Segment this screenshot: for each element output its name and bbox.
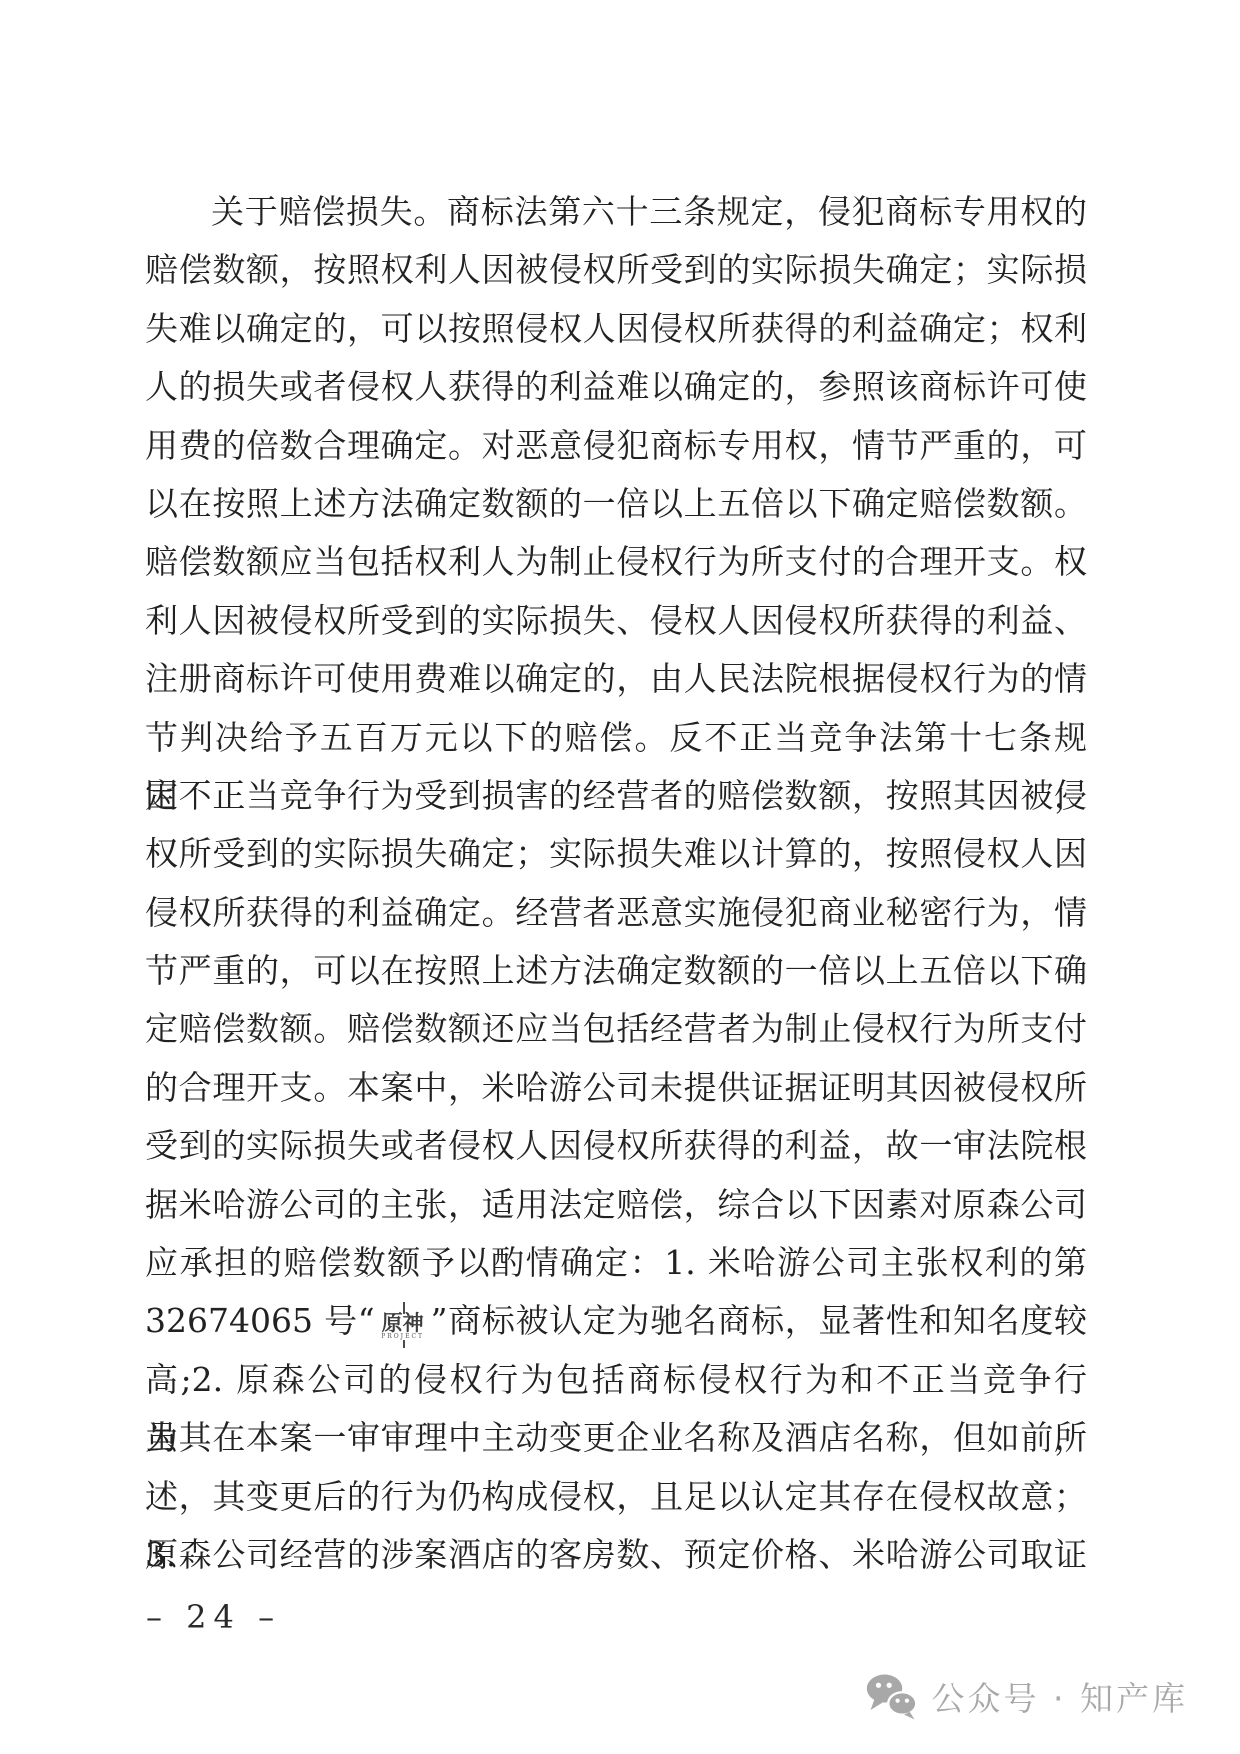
text-line: 定赔偿数额。赔偿数额还应当包括经营者为制止侵权行为所支付 — [145, 1000, 1087, 1058]
text-line: 侵权所获得的利益确定。经营者恶意实施侵犯商业秘密行为，情 — [145, 884, 1087, 942]
text-line: 受到的实际损失或者侵权人因侵权所获得的利益，故一审法院根 — [145, 1117, 1087, 1175]
text-line: 据米哈游公司的主张，适用法定赔偿，综合以下因素对原森公司 — [145, 1176, 1087, 1234]
wechat-icon — [864, 1672, 920, 1720]
text-line: 赔偿数额应当包括权利人为制止侵权行为所支付的合理开支。权 — [145, 533, 1087, 591]
text-line: 用费的倍数合理确定。对恶意侵犯商标专用权，情节严重的，可 — [145, 417, 1087, 475]
document-page: 关于赔偿损失。商标法第六十三条规定，侵犯商标专用权的 赔偿数额，按照权利人因被侵… — [0, 0, 1240, 1754]
sword-stroke-icon — [403, 1302, 405, 1314]
genshin-trademark-logo: 原神PROJECT — [375, 1312, 431, 1340]
trademark-logo-main-text: 原神 — [375, 1312, 431, 1333]
text-line: 述，其变更后的行为仍构成侵权，且足以认定其存在侵权故意；3. — [145, 1468, 1087, 1526]
text-line: 因不正当竞争行为受到损害的经营者的赔偿数额，按照其因被侵 — [145, 767, 1087, 825]
text-line: 节判决给予五百万元以下的赔偿。反不正当竞争法第十七条规定， — [145, 709, 1087, 767]
watermark: 公众号 · 知产库 — [864, 1672, 1188, 1720]
text-line: 权所受到的实际损失确定；实际损失难以计算的，按照侵权人因 — [145, 825, 1087, 883]
text-line: 注册商标许可使用费难以确定的，由人民法院根据侵权行为的情 — [145, 650, 1087, 708]
text-line: 高;2. 原森公司的侵权行为包括商标侵权行为和不正当竞争行为， — [145, 1351, 1087, 1409]
text-line-with-trademark: 32674065 号“原神PROJECT”商标被认定为驰名商标，显著性和知名度较 — [145, 1292, 1087, 1350]
text-line: 虽其在本案一审审理中主动变更企业名称及酒店名称，但如前所 — [145, 1409, 1087, 1467]
text-line: 关于赔偿损失。商标法第六十三条规定，侵犯商标专用权的 — [145, 183, 1087, 241]
judgment-paragraph: 关于赔偿损失。商标法第六十三条规定，侵犯商标专用权的 赔偿数额，按照权利人因被侵… — [145, 183, 1087, 1584]
text-line: 原森公司经营的涉案酒店的客房数、预定价格、米哈游公司取证 — [145, 1526, 1087, 1584]
text-line: 失难以确定的，可以按照侵权人因侵权所获得的利益确定；权利 — [145, 300, 1087, 358]
text-line: 的合理开支。本案中，米哈游公司未提供证据证明其因被侵权所 — [145, 1059, 1087, 1117]
text-line: 节严重的，可以在按照上述方法确定数额的一倍以上五倍以下确 — [145, 942, 1087, 1000]
page-number: – 24 – — [146, 1598, 281, 1636]
trademark-number-text: 32674065 号“ — [145, 1301, 375, 1340]
text-line: 以在按照上述方法确定数额的一倍以上五倍以下确定赔偿数额。 — [145, 475, 1087, 533]
watermark-text: 公众号 · 知产库 — [932, 1673, 1188, 1720]
text-line: 利人因被侵权所受到的实际损失、侵权人因侵权所获得的利益、 — [145, 592, 1087, 650]
text-line: 赔偿数额，按照权利人因被侵权所受到的实际损失确定；实际损 — [145, 241, 1087, 299]
trademark-description-text: ”商标被认定为驰名商标，显著性和知名度较 — [431, 1301, 1087, 1340]
text-line: 应承担的赔偿数额予以酌情确定：1. 米哈游公司主张权利的第 — [145, 1234, 1087, 1292]
text-line: 人的损失或者侵权人获得的利益难以确定的，参照该商标许可使 — [145, 358, 1087, 416]
